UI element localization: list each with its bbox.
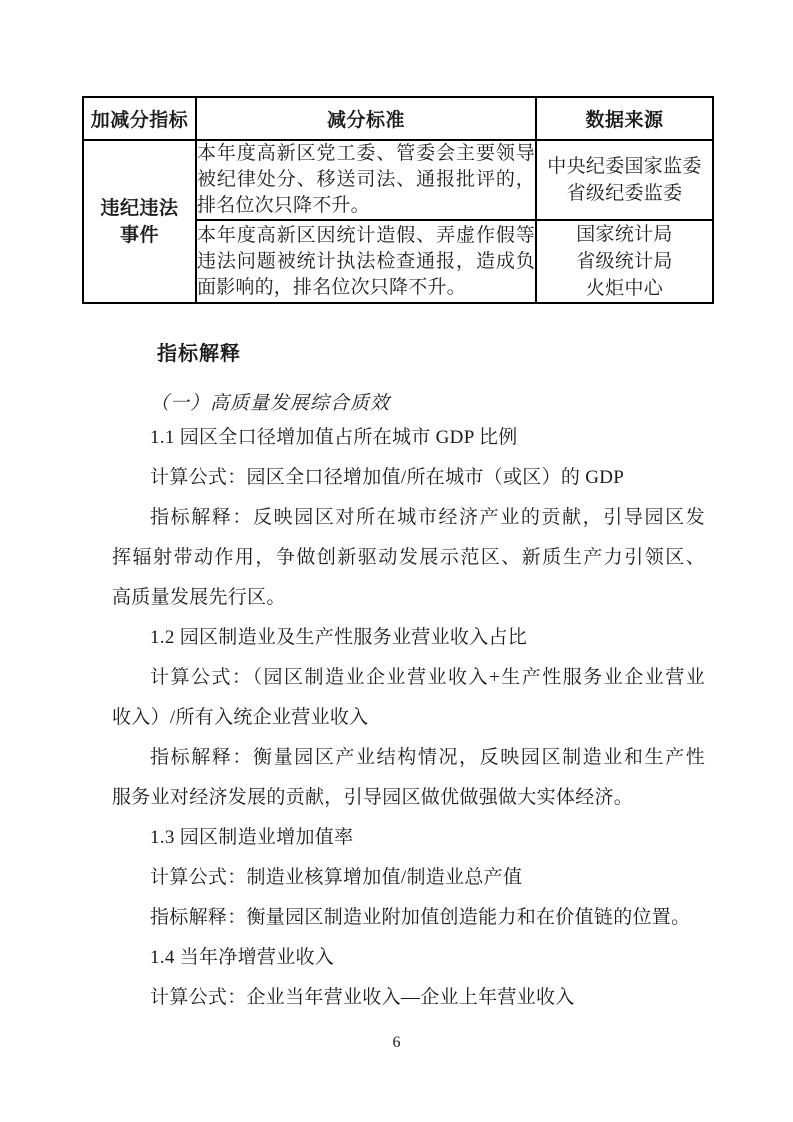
- table-row: 违纪违法 事件 本年度高新区党工委、管委会主要领导被纪律处分、移送司法、通报批评…: [83, 140, 713, 220]
- deduction-table: 加减分指标 减分标准 数据来源 违纪违法 事件 本年度高新区党工委、管委会主要领…: [82, 96, 714, 304]
- body-line: 计算公式：（园区制造业企业营业收入+生产性服务业企业营业: [112, 658, 705, 698]
- table-header-source: 数据来源: [536, 97, 713, 140]
- body-line: 1.2 园区制造业及生产性服务业营业收入占比: [112, 618, 705, 658]
- table-cell-source-1: 中央纪委国家监委 省级纪委监委: [536, 140, 713, 220]
- table-cell-standard-1: 本年度高新区党工委、管委会主要领导被纪律处分、移送司法、通报批评的，排名位次只降…: [196, 140, 536, 220]
- document-page: 加减分指标 减分标准 数据来源 违纪违法 事件 本年度高新区党工委、管委会主要领…: [0, 0, 793, 1122]
- page-number: 6: [0, 1034, 793, 1052]
- body-line: 计算公式：企业当年营业收入—企业上年营业收入: [112, 978, 705, 1018]
- body-line: 计算公式：园区全口径增加值/所在城市（或区）的 GDP: [112, 458, 705, 498]
- indicator-explanations: 1.1 园区全口径增加值占所在城市 GDP 比例 计算公式：园区全口径增加值/所…: [112, 418, 705, 1018]
- body-line: 收入）/所有入统企业营业收入: [112, 698, 705, 738]
- body-line: 服务业对经济发展的贡献，引导园区做优做强做大实体经济。: [112, 778, 705, 818]
- table-header-row: 加减分指标 减分标准 数据来源: [83, 97, 713, 140]
- table-cell-source-2: 国家统计局 省级统计局 火炬中心: [536, 220, 713, 303]
- body-line: 挥辐射带动作用，争做创新驱动发展示范区、新质生产力引领区、: [112, 538, 705, 578]
- body-line: 指标解释：衡量园区产业结构情况，反映园区制造业和生产性: [112, 738, 705, 778]
- subsection-heading: （一）高质量发展综合质效: [150, 391, 390, 417]
- table-cell-standard-2: 本年度高新区因统计造假、弄虚作假等违法问题被统计执法检查通报，造成负面影响的，排…: [196, 220, 536, 303]
- body-line: 1.4 当年净增营业收入: [112, 938, 705, 978]
- table-header-standard: 减分标准: [196, 97, 536, 140]
- body-line: 指标解释：衡量园区制造业附加值创造能力和在价值链的位置。: [112, 898, 705, 938]
- body-line: 计算公式：制造业核算增加值/制造业总产值: [112, 858, 705, 898]
- table-cell-indicator: 违纪违法 事件: [83, 140, 196, 303]
- body-line: 指标解释：反映园区对所在城市经济产业的贡献，引导园区发: [112, 498, 705, 538]
- body-line: 1.3 园区制造业增加值率: [112, 818, 705, 858]
- section-heading: 指标解释: [157, 341, 241, 367]
- body-line: 高质量发展先行区。: [112, 578, 705, 618]
- body-line: 1.1 园区全口径增加值占所在城市 GDP 比例: [112, 418, 705, 458]
- table-header-indicator: 加减分指标: [83, 97, 196, 140]
